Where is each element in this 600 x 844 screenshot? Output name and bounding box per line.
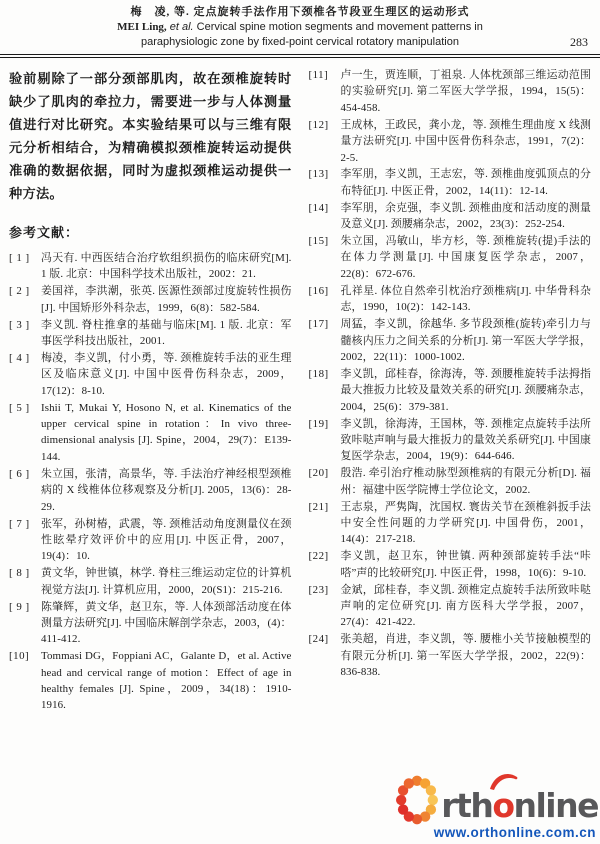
orthonline-logo-text: rthonline bbox=[441, 788, 598, 824]
reference-text: 李义凯，徐海涛，王国林，等. 颈椎定点旋转手法所致咔哒声响与最大推扳力的量效关系… bbox=[341, 416, 592, 465]
running-head-title-zh: 梅 凌, 等. 定点旋转手法作用下颈椎各节段亚生理区的运动形式 bbox=[0, 5, 600, 20]
reference-text: 张美超，肖进，李义凯，等. 腰椎小关节接触模型的有限元分析[J]. 第一军医大学… bbox=[341, 631, 592, 680]
reference-text: 金斌，邱桂春，李义凯. 颈椎定点旋转手法所致咔哒声响的定位研究[J]. 南方医科… bbox=[341, 582, 592, 631]
logo-text-part1: rth bbox=[441, 786, 492, 825]
reference-item: [24]张美超，肖进，李义凯，等. 腰椎小关节接触模型的有限元分析[J]. 第一… bbox=[309, 631, 592, 680]
reference-item: [15]朱立国，冯敏山，毕方杉，等. 颈椎旋转(提)手法的在体力学测量[J]. … bbox=[309, 233, 592, 282]
reference-text: 陈肇辉，黄文华，赵卫东，等. 人体颈部活动度在体测量方法研究[J]. 中国临床解… bbox=[41, 599, 292, 648]
running-head-etal: et al. bbox=[170, 21, 194, 33]
reference-number: [ 2 ] bbox=[9, 283, 41, 316]
reference-item: [ 5 ]Ishii T, Mukai Y, Hosono N, et al. … bbox=[9, 400, 292, 466]
orthonline-ring-o-icon bbox=[394, 772, 440, 828]
reference-text: 梅凌，李义凯，付小勇，等. 颈椎旋转手法的亚生理区及临床意义[J]. 中国中医骨… bbox=[41, 350, 292, 399]
logo-swoosh-icon bbox=[489, 772, 519, 791]
reference-item: [16]孔祥星. 体位自然牵引枕治疗颈椎病[J]. 中华骨科杂志，1990，10… bbox=[309, 283, 592, 316]
left-column: 验前剔除了一部分颈部肌肉，故在颈椎旋转时缺少了肌肉的牵拉力，需要进一步与人体测量… bbox=[9, 67, 292, 714]
reference-text: 张军，孙树椿，武震，等. 颈椎活动角度测量仪在颈性眩晕疗效评价中的应用[J]. … bbox=[41, 516, 292, 565]
reference-item: [14]李军朋，余克强，李义凯. 颈椎曲度和活动度的测量及意义[J]. 颈腰痛杂… bbox=[309, 200, 592, 233]
reference-item: [ 4 ]梅凌，李义凯，付小勇，等. 颈椎旋转手法的亚生理区及临床意义[J]. … bbox=[9, 350, 292, 399]
reference-text: Tommasi DG，Foppiani AC，Galante D，et al. … bbox=[41, 648, 292, 714]
reference-text: 黄文华，钟世镇，林学. 脊柱三维运动定位的计算机视觉方法[J]. 计算机应用，2… bbox=[41, 565, 292, 598]
reference-item: [23]金斌，邱桂春，李义凯. 颈椎定点旋转手法所致咔哒声响的定位研究[J]. … bbox=[309, 582, 592, 631]
reference-text: 李军朋，余克强，李义凯. 颈椎曲度和活动度的测量及意义[J]. 颈腰痛杂志，20… bbox=[341, 200, 592, 233]
reference-text: 李义凯. 脊柱推拿的基础与临床[M]. 1 版. 北京：军事医学科技出版社，20… bbox=[41, 317, 292, 350]
reference-item: [18]李义凯，邱桂春，徐海涛，等. 颈腰椎旋转手法拇指最大推扳力比较及量效关系… bbox=[309, 366, 592, 415]
reference-number: [ 3 ] bbox=[9, 317, 41, 350]
reference-item: [ 7 ]张军，孙树椿，武震，等. 颈椎活动角度测量仪在颈性眩晕疗效评价中的应用… bbox=[9, 516, 292, 565]
reference-item: [11]卢一生，贾连顺，丁祖泉. 人体枕颈部三维运动范围的实验研究[J]. 第二… bbox=[309, 67, 592, 116]
reference-number: [10] bbox=[9, 648, 41, 714]
reference-text: 姜国祥，李洪潮，张英. 医源性颈部过度旋转性损伤[J]. 中国矫形外科杂志，19… bbox=[41, 283, 292, 316]
reference-item: [19]李义凯，徐海涛，王国林，等. 颈椎定点旋转手法所致咔哒声响与最大推扳力的… bbox=[309, 416, 592, 465]
reference-text: 李军朋，李义凯，王志宏，等. 颈椎曲度弧顶点的分布特征[J]. 中医正骨，200… bbox=[341, 166, 592, 199]
reference-item: [22]李义凯，赵卫东，钟世镇. 两种颈部旋转手法“咔嗒”声的比较研究[J]. … bbox=[309, 548, 592, 581]
reference-number: [16] bbox=[309, 283, 341, 316]
reference-number: [23] bbox=[309, 582, 341, 631]
reference-number: [24] bbox=[309, 631, 341, 680]
reference-text: 王成林，王政民，龚小龙，等. 颈椎生理曲度 X 线测量方法研究[J]. 中国中医… bbox=[341, 117, 592, 166]
page-body: 验前剔除了一部分颈部肌肉，故在颈椎旋转时缺少了肌肉的牵拉力，需要进一步与人体测量… bbox=[0, 58, 600, 714]
journal-page: 梅 凌, 等. 定点旋转手法作用下颈椎各节段亚生理区的运动形式 MEI Ling… bbox=[0, 0, 600, 844]
reference-item: [ 1 ]冯天有. 中西医结合治疗软组织损伤的临床研究[M]. 1 版. 北京：… bbox=[9, 250, 292, 283]
right-column: [11]卢一生，贾连顺，丁祖泉. 人体枕颈部三维运动范围的实验研究[J]. 第二… bbox=[309, 67, 592, 714]
reference-item: [ 6 ]朱立国，张清，高景华，等. 手法治疗神经根型颈椎病的 X 线椎体位移观… bbox=[9, 466, 292, 515]
reference-number: [ 7 ] bbox=[9, 516, 41, 565]
reference-text: 朱立国，张清，高景华，等. 手法治疗神经根型颈椎病的 X 线椎体位移观察及分析[… bbox=[41, 466, 292, 515]
reference-text: 卢一生，贾连顺，丁祖泉. 人体枕颈部三维运动范围的实验研究[J]. 第二军医大学… bbox=[341, 67, 592, 116]
reference-number: [ 1 ] bbox=[9, 250, 41, 283]
reference-number: [17] bbox=[309, 316, 341, 365]
reference-text: 殷浩. 牵引治疗椎动脉型颈椎病的有限元分析[D]. 福州：福建中医学院博士学位论… bbox=[341, 465, 592, 498]
reference-number: [13] bbox=[309, 166, 341, 199]
reference-number: [ 5 ] bbox=[9, 400, 41, 466]
reference-text: 孔祥星. 体位自然牵引枕治疗颈椎病[J]. 中华骨科杂志，1990，10(2)：… bbox=[341, 283, 592, 316]
reference-item: [20]殷浩. 牵引治疗椎动脉型颈椎病的有限元分析[D]. 福州：福建中医学院博… bbox=[309, 465, 592, 498]
reference-text: 冯天有. 中西医结合治疗软组织损伤的临床研究[M]. 1 版. 北京：中国科学技… bbox=[41, 250, 292, 283]
reference-number: [18] bbox=[309, 366, 341, 415]
reference-number: [15] bbox=[309, 233, 341, 282]
reference-text: 李义凯，赵卫东，钟世镇. 两种颈部旋转手法“咔嗒”声的比较研究[J]. 中医正骨… bbox=[341, 548, 592, 581]
references-heading: 参考文献： bbox=[9, 222, 292, 241]
reference-item: [10]Tommasi DG，Foppiani AC，Galante D，et … bbox=[9, 648, 292, 714]
discussion-paragraph: 验前剔除了一部分颈部肌肉，故在颈椎旋转时缺少了肌肉的牵拉力，需要进一步与人体测量… bbox=[9, 67, 292, 205]
reference-number: [ 4 ] bbox=[9, 350, 41, 399]
reference-number: [ 8 ] bbox=[9, 565, 41, 598]
running-head-authors: MEI Ling, bbox=[117, 21, 167, 33]
reference-item: [17]周猛，李义凯，徐越华. 多节段颈椎(旋转)牵引力与髓核内压力之间关系的分… bbox=[309, 316, 592, 365]
reference-item: [ 2 ]姜国祥，李洪潮，张英. 医源性颈部过度旋转性损伤[J]. 中国矫形外科… bbox=[9, 283, 292, 316]
reference-text: 朱立国，冯敏山，毕方杉，等. 颈椎旋转(提)手法的在体力学测量[J]. 中国康复… bbox=[341, 233, 592, 282]
reference-number: [ 6 ] bbox=[9, 466, 41, 515]
logo-text-part2: nline bbox=[514, 786, 599, 825]
reference-item: [21]王志泉，严隽陶，沈国权. 寰齿关节在颈椎斜扳手法中安全性问题的力学研究[… bbox=[309, 499, 592, 548]
reference-item: [ 3 ]李义凯. 脊柱推拿的基础与临床[M]. 1 版. 北京：军事医学科技出… bbox=[9, 317, 292, 350]
reference-number: [14] bbox=[309, 200, 341, 233]
running-head: 梅 凌, 等. 定点旋转手法作用下颈椎各节段亚生理区的运动形式 MEI Ling… bbox=[0, 0, 600, 50]
reference-list-left: [ 1 ]冯天有. 中西医结合治疗软组织损伤的临床研究[M]. 1 版. 北京：… bbox=[9, 250, 292, 714]
running-head-title-en-line2: paraphysiologic zone by fixed-point cerv… bbox=[0, 35, 600, 50]
reference-item: [12]王成林，王政民，龚小龙，等. 颈椎生理曲度 X 线测量方法研究[J]. … bbox=[309, 117, 592, 166]
running-head-en-text1: Cervical spine motion segments and movem… bbox=[197, 21, 483, 33]
reference-text: 李义凯，邱桂春，徐海涛，等. 颈腰椎旋转手法拇指最大推扳力比较及量效关系的研究[… bbox=[341, 366, 592, 415]
running-head-title-en-line1: MEI Ling, et al. Cervical spine motion s… bbox=[0, 20, 600, 35]
reference-text: Ishii T, Mukai Y, Hosono N, et al. Kinem… bbox=[41, 400, 292, 466]
reference-number: [20] bbox=[309, 465, 341, 498]
reference-number: [22] bbox=[309, 548, 341, 581]
reference-number: [ 9 ] bbox=[9, 599, 41, 648]
reference-number: [12] bbox=[309, 117, 341, 166]
reference-list-right: [11]卢一生，贾连顺，丁祖泉. 人体枕颈部三维运动范围的实验研究[J]. 第二… bbox=[309, 67, 592, 681]
reference-number: [21] bbox=[309, 499, 341, 548]
reference-item: [ 9 ]陈肇辉，黄文华，赵卫东，等. 人体颈部活动度在体测量方法研究[J]. … bbox=[9, 599, 292, 648]
page-number: 283 bbox=[570, 35, 588, 50]
reference-number: [19] bbox=[309, 416, 341, 465]
reference-text: 周猛，李义凯，徐越华. 多节段颈椎(旋转)牵引力与髓核内压力之间关系的分析[J]… bbox=[341, 316, 592, 365]
reference-text: 王志泉，严隽陶，沈国权. 寰齿关节在颈椎斜扳手法中安全性问题的力学研究[J]. … bbox=[341, 499, 592, 548]
orthonline-logo: rthonline www.orthonline.com.cn bbox=[370, 772, 598, 840]
logo-red-o: o bbox=[492, 786, 513, 825]
reference-item: [ 8 ]黄文华，钟世镇，林学. 脊柱三维运动定位的计算机视觉方法[J]. 计算… bbox=[9, 565, 292, 598]
reference-item: [13]李军朋，李义凯，王志宏，等. 颈椎曲度弧顶点的分布特征[J]. 中医正骨… bbox=[309, 166, 592, 199]
reference-number: [11] bbox=[309, 67, 341, 116]
